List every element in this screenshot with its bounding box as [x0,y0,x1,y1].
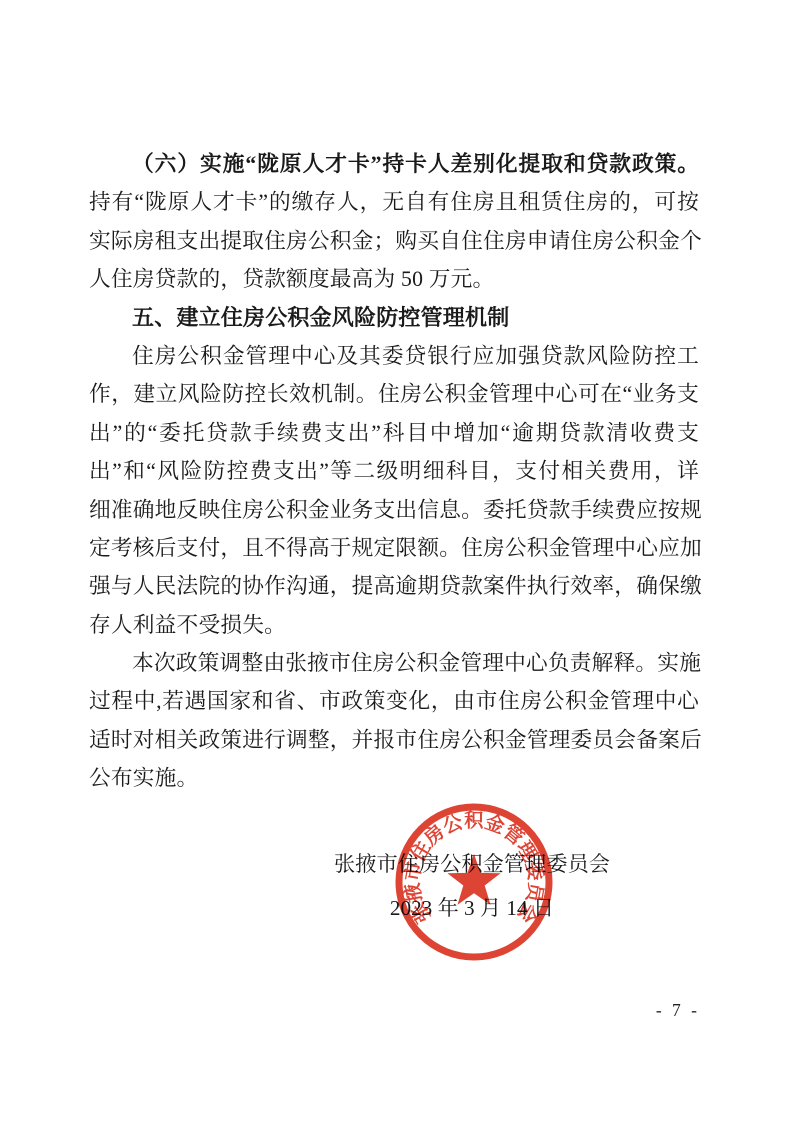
para2-line: 出”和“风险防控费支出”等二级明细科目，支付相关费用，详 [89,452,699,490]
official-seal: 张掖市住房公积金管理委员会 [384,792,564,972]
para2-line: 存人利益不受损失。 [89,606,699,644]
para1-line: 实际房租支出提取住房公积金；购买自住住房申请住房公积金个 [89,222,699,260]
para3-line: 适时对相关政策进行调整，并报市住房公积金管理委员会备案后 [89,721,699,759]
para2-line: 定考核后支付，且不得高于规定限额。住房公积金管理中心应加 [89,529,699,567]
para1-line: 持有“陇原人才卡”的缴存人，无自有住房且租赁住房的，可按 [89,183,699,221]
para1-line: 人住房贷款的，贷款额度最高为 50 万元。 [89,260,699,298]
section-5-heading: 五、建立住房公积金风险防控管理机制 [89,299,699,337]
document-page: （六）实施“陇原人才卡”持卡人差别化提取和贷款政策。 持有“陇原人才卡”的缴存人… [0,0,794,1123]
document-body: （六）实施“陇原人才卡”持卡人差别化提取和贷款政策。 持有“陇原人才卡”的缴存人… [89,145,699,798]
para2-line: 作，建立风险防控长效机制。住房公积金管理中心可在“业务支 [89,375,699,413]
para3-line: 过程中,若遇国家和省、市政策变化，由市住房公积金管理中心 [89,682,699,720]
para3-line: 本次政策调整由张掖市住房公积金管理中心负责解释。实施 [89,644,699,682]
page-number: - 7 - [656,1000,700,1021]
para2-line: 强与人民法院的协作沟通，提高逾期贷款案件执行效率，确保缴 [89,567,699,605]
para2-line: 住房公积金管理中心及其委贷银行应加强贷款风险防控工 [89,337,699,375]
para2-line: 细准确地反映住房公积金业务支出信息。委托贷款手续费应按规 [89,491,699,529]
seal-star-icon [447,854,500,905]
para2-line: 出”的“委托贷款手续费支出”科目中增加“逾期贷款清收费支 [89,414,699,452]
clause-6-heading-line: （六）实施“陇原人才卡”持卡人差别化提取和贷款政策。 [89,145,699,183]
